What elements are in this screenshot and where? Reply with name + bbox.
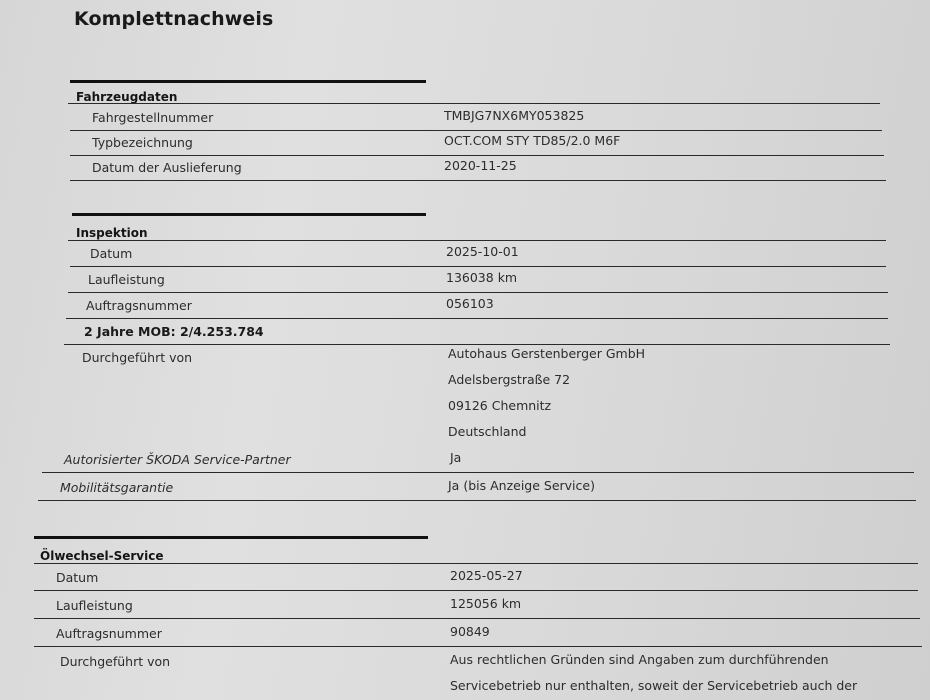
field-label: Laufleistung <box>56 598 133 613</box>
field-label: Auftragsnummer <box>56 626 162 641</box>
field-label: Typbezeichnung <box>92 135 193 150</box>
oil-order-value: 90849 <box>450 624 490 639</box>
document-title: Komplettnachweis <box>74 8 273 30</box>
section-divider <box>72 213 426 216</box>
table-row: Fahrgestellnummer TMBJG7NX6MY053825 <box>70 106 882 131</box>
inspection-order-value: 056103 <box>446 296 494 311</box>
performed-by-label: Durchgeführt von <box>82 350 192 365</box>
table-row: Auftragsnummer 90849 <box>34 622 922 647</box>
mob-note: 2 Jahre MOB: 2/4.253.784 <box>84 324 264 339</box>
field-label: Datum <box>56 570 98 585</box>
inspection-date-value: 2025-10-01 <box>446 244 519 259</box>
table-row: Auftragsnummer 056103 <box>66 294 888 319</box>
table-row: Datum 2025-10-01 <box>70 242 886 267</box>
legal-notice-line: Aus rechtlichen Gründen sind Angaben zum… <box>450 652 829 667</box>
table-row: Mobilitätsgarantie Ja (bis Anzeige Servi… <box>38 476 916 501</box>
authorized-partner-label: Autorisierter ŠKODA Service-Partner <box>64 452 291 467</box>
table-row: Autorisierter ŠKODA Service-Partner Ja <box>42 448 914 473</box>
section-divider <box>70 80 426 83</box>
row-divider <box>68 218 886 241</box>
table-row: Typbezeichnung OCT.COM STY TD85/2.0 M6F <box>70 131 884 156</box>
inspection-mileage-value: 136038 km <box>446 270 517 285</box>
mob-note-row: 2 Jahre MOB: 2/4.253.784 <box>64 320 890 345</box>
field-label: Datum <box>90 246 132 261</box>
dealer-street: Adelsbergstraße 72 <box>448 372 570 387</box>
section-divider <box>34 536 428 539</box>
authorized-partner-value: Ja <box>450 450 461 465</box>
oil-performed-by-label: Durchgeführt von <box>60 654 170 669</box>
dealer-city: 09126 Chemnitz <box>448 398 551 413</box>
section-heading-vehicle: Fahrzeugdaten <box>76 90 177 104</box>
mobility-guarantee-value: Ja (bis Anzeige Service) <box>448 478 595 493</box>
row-divider <box>34 541 918 564</box>
legal-notice-line: Servicebetrieb nur enthalten, soweit der… <box>450 678 857 693</box>
field-label: Datum der Auslieferung <box>92 160 242 175</box>
field-label: Auftragsnummer <box>86 298 192 313</box>
oil-mileage-value: 125056 km <box>450 596 521 611</box>
type-value: OCT.COM STY TD85/2.0 M6F <box>444 133 620 148</box>
dealer-country: Deutschland <box>448 424 526 439</box>
mobility-guarantee-label: Mobilitätsgarantie <box>60 480 173 495</box>
oil-date-value: 2025-05-27 <box>450 568 523 583</box>
dealer-name: Autohaus Gerstenberger GmbH <box>448 346 645 361</box>
table-row: Laufleistung 136038 km <box>68 268 888 293</box>
vin-value: TMBJG7NX6MY053825 <box>444 108 584 123</box>
service-record-page: Komplettnachweis Fahrzeugdaten Fahrgeste… <box>0 0 930 700</box>
table-row: Datum der Auslieferung 2020-11-25 <box>70 156 886 181</box>
row-divider <box>68 103 880 104</box>
delivery-date-value: 2020-11-25 <box>444 158 517 173</box>
table-row: Datum 2025-05-27 <box>34 566 918 591</box>
field-label: Laufleistung <box>88 272 165 287</box>
table-row: Laufleistung 125056 km <box>34 594 920 619</box>
field-label: Fahrgestellnummer <box>92 110 213 125</box>
